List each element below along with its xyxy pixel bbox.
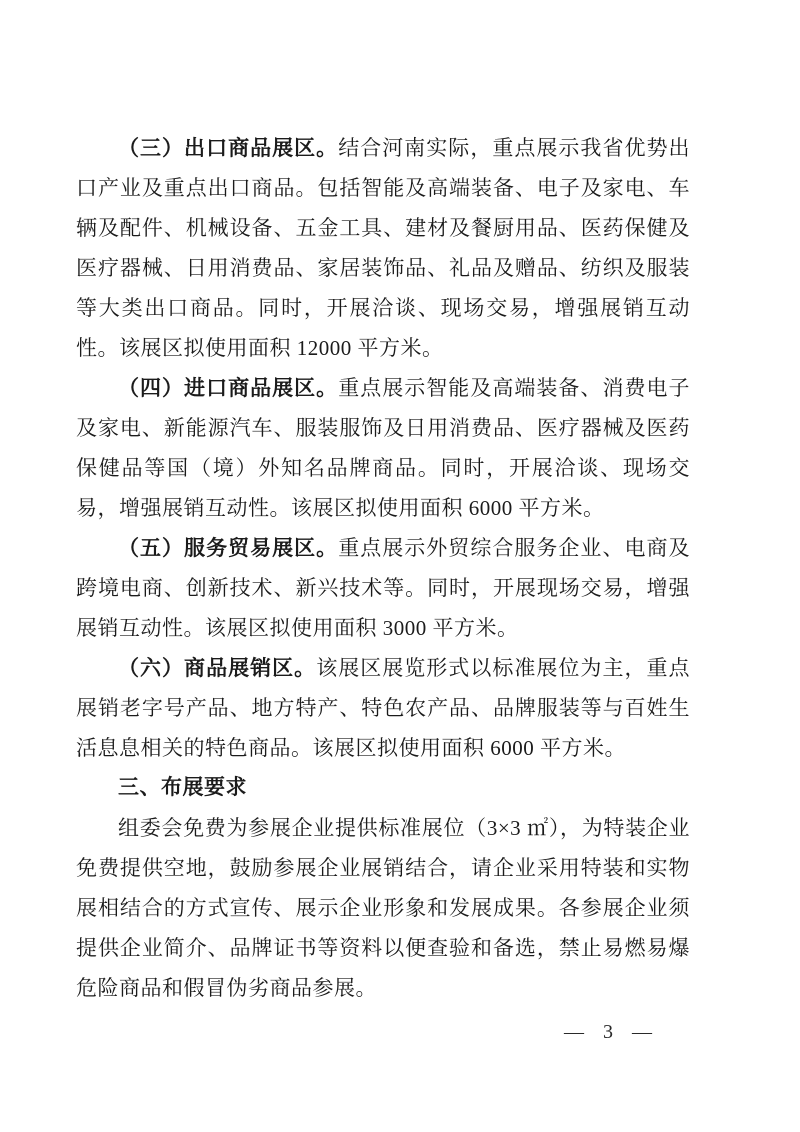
section-label: （三）出口商品展区。 [118,136,338,160]
page-number: — 3 — [564,1018,652,1046]
document-page: （三）出口商品展区。结合河南实际，重点展示我省优势出口产业及重点出口商品。包括智… [0,0,800,1132]
section-service-trade-zone: （五）服务贸易展区。重点展示外贸综合服务企业、电商及跨境电商、创新技术、新兴技术… [76,528,690,648]
section-export-commodities-zone: （三）出口商品展区。结合河南实际，重点展示我省优势出口产业及重点出口商品。包括智… [76,128,690,368]
section-label: （六）商品展销区。 [118,656,316,680]
section-label: （五）服务贸易展区。 [118,536,338,560]
paragraph-layout-requirements: 组委会免费为参展企业提供标准展位（3×3 ㎡），为特装企业免费提供空地，鼓励参展… [76,808,690,1008]
section-text: 结合河南实际，重点展示我省优势出口产业及重点出口商品。包括智能及高端装备、电子及… [76,136,690,360]
document-body: （三）出口商品展区。结合河南实际，重点展示我省优势出口产业及重点出口商品。包括智… [76,128,690,1008]
heading-layout-requirements: 三、布展要求 [76,768,690,808]
section-commodity-exhibition-zone: （六）商品展销区。该展区展览形式以标准展位为主，重点展销老字号产品、地方特产、特… [76,648,690,768]
section-import-commodities-zone: （四）进口商品展区。重点展示智能及高端装备、消费电子及家电、新能源汽车、服装服饰… [76,368,690,528]
section-label: （四）进口商品展区。 [118,376,338,400]
